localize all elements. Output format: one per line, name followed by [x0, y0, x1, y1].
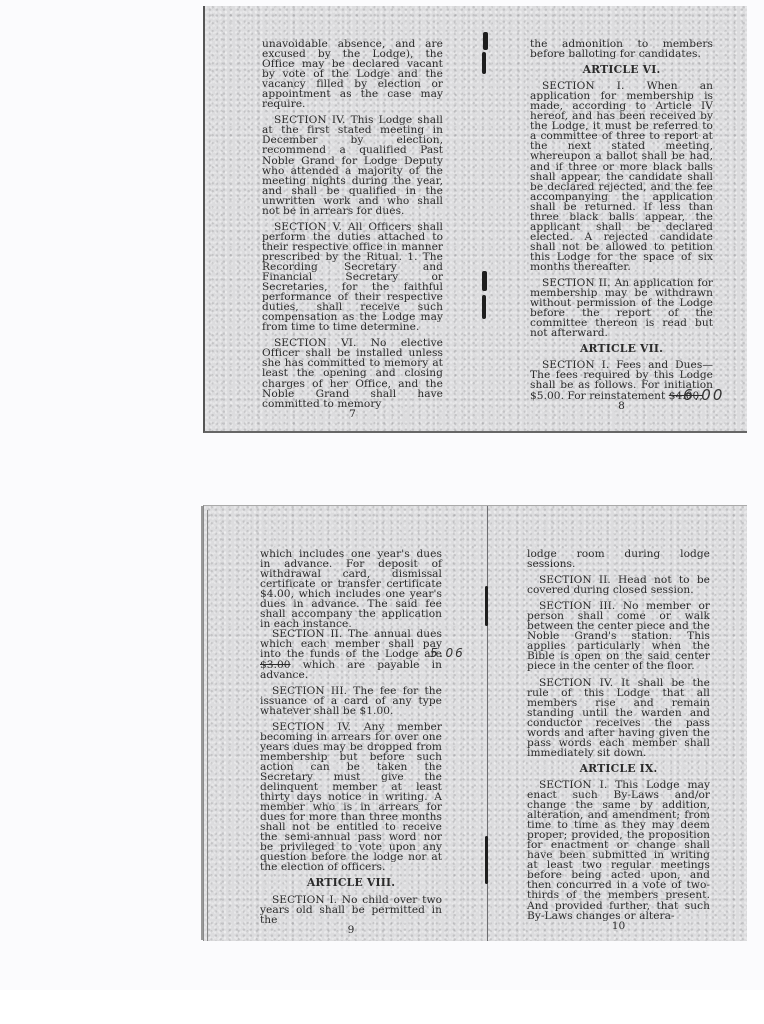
staple-mark: [482, 271, 487, 291]
handwritten-correction: 5.06: [430, 646, 465, 660]
section-iii: SECTION III. The fee for the issuance of…: [260, 686, 442, 716]
section-i: SECTION I. No child over two years old s…: [260, 895, 442, 925]
page-7: unavoidable absence, and are excused by …: [262, 39, 443, 419]
handwritten-correction: 6.00: [683, 386, 724, 404]
section-v: SECTION V. All Officers shall perform th…: [262, 222, 443, 333]
page-9: which includes one year's dues in advanc…: [260, 549, 442, 935]
paragraph: unavoidable absence, and are excused by …: [262, 39, 443, 109]
staple-mark: [482, 295, 486, 319]
page-margin: [0, 990, 764, 1024]
article-heading: ARTICLE VII.: [530, 344, 713, 354]
section-iii: SECTION III. No member or person shall c…: [527, 601, 710, 671]
staple-mark: [482, 52, 486, 74]
staple-mark: [485, 586, 488, 626]
paragraph: the admonition to members before balloti…: [530, 39, 713, 59]
page-10: lodge room during lodge sessions. SECTIO…: [527, 549, 710, 931]
article-heading: ARTICLE VIII.: [260, 878, 442, 888]
section-iv: SECTION IV. Any member becoming in arrea…: [260, 722, 442, 873]
article-heading: ARTICLE IX.: [527, 764, 710, 774]
section-text: SECTION II. The annual dues which each m…: [260, 628, 442, 660]
section-ii: SECTION II. The annual dues which each m…: [260, 629, 442, 679]
page-number: 10: [527, 921, 710, 931]
page-number: 7: [262, 409, 443, 419]
section-iv: SECTION IV. It shall be the rule of this…: [527, 678, 710, 758]
article-heading: ARTICLE VI.: [530, 65, 713, 75]
staple-mark: [485, 836, 488, 884]
section-vi: SECTION VI. No elective Officer shall be…: [262, 338, 443, 408]
page-8: the admonition to members before balloti…: [530, 39, 713, 411]
scan-spread-pages-9-10: which includes one year's dues in advanc…: [203, 505, 747, 941]
section-ii: SECTION II. Head not to be covered durin…: [527, 575, 710, 595]
staple-mark: [483, 32, 488, 50]
scan-spread-pages-7-8: unavoidable absence, and are excused by …: [203, 6, 747, 433]
section-i: SECTION I. When an application for membe…: [530, 81, 713, 272]
page-number: 9: [260, 925, 442, 935]
paragraph: lodge room during lodge sessions.: [527, 549, 710, 569]
section-ii: SECTION II. An application for membershi…: [530, 278, 713, 338]
paragraph: which includes one year's dues in advanc…: [260, 549, 442, 629]
section-i: SECTION I. This Lodge may enact such By-…: [527, 780, 710, 921]
section-iv: SECTION IV. This Lodge shall at the firs…: [262, 115, 443, 215]
